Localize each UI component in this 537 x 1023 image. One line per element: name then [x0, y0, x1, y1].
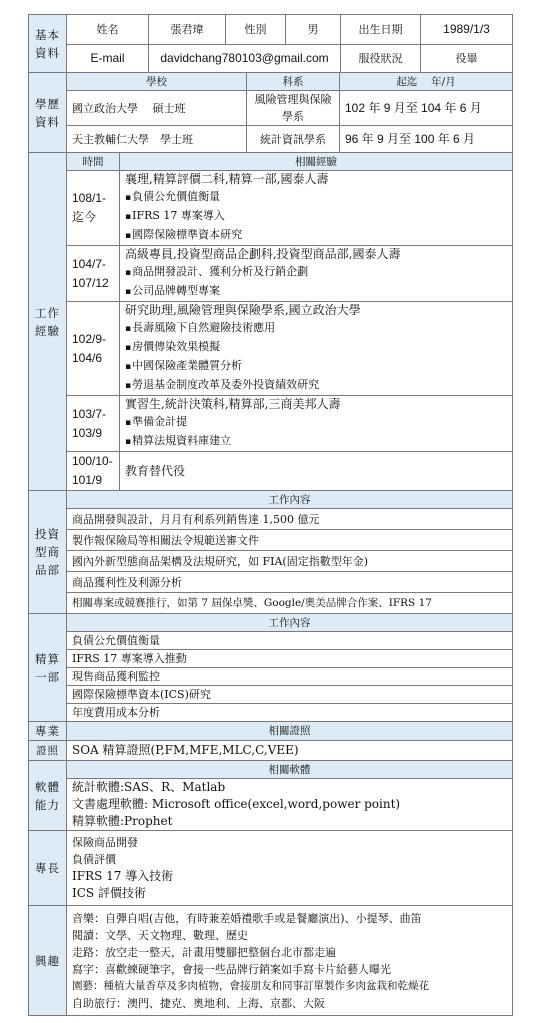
invest-item: 國內外新型態商品架構及法規研究，如 FIA(固定指數型年金)	[67, 551, 513, 572]
birth-label: 出生日期	[341, 15, 421, 45]
work-header-time: 時間	[67, 153, 120, 171]
work-label: 工作經驗	[29, 153, 67, 491]
invest-item: 製作報保險局等相關法令規範送審文件	[67, 530, 513, 551]
military-label: 服役狀況	[341, 45, 421, 73]
work-item: 勞退基金制度改革及委外投資績效研究	[125, 376, 507, 395]
gender-value: 男	[286, 15, 341, 45]
name-value: 張君瑋	[149, 15, 226, 45]
interest-item: 自助旅行：澳門、捷克、奧地利、上海、京都、大阪	[72, 995, 507, 1012]
specialty-item: IFRS 17 導入技術	[72, 868, 507, 885]
work-detail: 襄理,精算評價二科,精算一部,國泰人壽 負債公允價值衡量 IFRS 17 專案導…	[120, 171, 513, 246]
software-item: 統計軟體:SAS、R、Matlab	[72, 779, 507, 796]
military-value: 役畢	[421, 45, 513, 73]
edu-period: 96 年 9 月至 100 年 6 月	[340, 126, 513, 153]
work-title: 研究助理,風險管理與保險學系,國立政治大學	[125, 302, 507, 319]
edu-dept: 風險管理與保險學系	[247, 91, 340, 126]
work-header-exp: 相關經驗	[120, 153, 513, 171]
work-time: 102/9-104/6	[67, 302, 120, 396]
specialty-label: 專長	[29, 831, 67, 906]
cert-label: 證照	[29, 741, 67, 761]
work-detail: 實習生,統計決策科,精算部,三商美邦人壽 準備金計提 精算法規資料庫建立	[120, 396, 513, 452]
software-item: 精算軟體:Prophet	[72, 813, 507, 830]
work-item: 房價傳染效果模擬	[125, 338, 507, 357]
work-title: 襄理,精算評價二科,精算一部,國泰人壽	[125, 171, 507, 188]
edu-school: 天主教輔仁大學 學士班	[67, 126, 247, 153]
email-label: E-mail	[67, 45, 149, 73]
interest-item: 音樂：自彈自唱(吉他，有時兼差婚禮歌手或是餐廳演出)、小提琴、曲笛	[72, 910, 507, 927]
edu-header-school: 學校	[67, 73, 247, 91]
work-item: 負債公允價值衡量	[125, 188, 507, 207]
basic-info-label: 基本資料	[29, 15, 67, 73]
invest-item: 相關專案或競賽推行，如第 7 屆保卓獎、Google/奧美品牌合作案、IFRS …	[67, 593, 513, 614]
interests-label: 興趣	[29, 906, 67, 1016]
edu-period: 102 年 9 月至 104 年 6 月	[340, 91, 513, 126]
gender-label: 性別	[226, 15, 286, 45]
actuarial-item: 國際保險標準資本(ICS)研究	[67, 686, 513, 704]
work-item: 中國保險產業體質分析	[125, 357, 507, 376]
specialty-item: ICS 評價技術	[72, 885, 507, 902]
edu-school: 國立政治大學 碩士班	[67, 91, 247, 126]
edu-header-dept: 科系	[247, 73, 340, 91]
work-time: 104/7-107/12	[67, 246, 120, 302]
specialty-list: 保險商品開發 負債評價 IFRS 17 導入技術 ICS 評價技術	[67, 831, 513, 906]
interests-list: 音樂：自彈自唱(吉他，有時兼差婚禮歌手或是餐廳演出)、小提琴、曲笛 閱讀：文學、…	[67, 906, 513, 1016]
resume-table-top: 基本資料 姓名 張君瑋 性別 男 出生日期 1989/1/3 E-mail da…	[28, 14, 512, 740]
actuarial-item: 年度費用成本分析	[67, 704, 513, 722]
work-item: IFRS 17 專案導入	[125, 207, 507, 226]
actuarial-dept-label: 精算一部	[29, 614, 67, 722]
work-item: 商品開發設計、獲利分析及行銷企劃	[125, 263, 507, 282]
edu-dept: 統計資訊學系	[247, 126, 340, 153]
work-time: 108/1-迄今	[67, 171, 120, 246]
invest-item: 商品開發與設計，月月有利系列銷售達 1,500 億元	[67, 509, 513, 530]
work-title: 實習生,統計決策科,精算部,三商美邦人壽	[125, 396, 507, 413]
invest-dept-label: 投資型商品部	[29, 491, 67, 614]
cert-value: SOA 精算證照(P,FM,MFE,MLC,C,VEE)	[67, 741, 513, 761]
work-item: 精算法規資料庫建立	[125, 432, 507, 451]
resume-table-bottom: 證照 SOA 精算證照(P,FM,MFE,MLC,C,VEE) 軟體能力 相關軟…	[28, 740, 512, 1016]
interest-item: 園藝：種植大量香草及多肉植物，會接朋友和同事訂單製作多肉盆栽和乾燥花	[72, 978, 507, 995]
actuarial-item: IFRS 17 專案導入推動	[67, 650, 513, 668]
birth-value: 1989/1/3	[421, 15, 513, 45]
work-detail: 高級專員,投資型商品企劃科,投資型商品部,國泰人壽 商品開發設計、獲利分析及行銷…	[120, 246, 513, 302]
actuarial-item: 負債公允價值衡量	[67, 632, 513, 650]
name-label: 姓名	[67, 15, 149, 45]
interest-item: 走路：放空走一整天，計畫用雙腳把整個台北市都走遍	[72, 944, 507, 961]
interest-item: 閱讀：文學、天文物理、數理、歷史	[72, 927, 507, 944]
education-label: 學歷資料	[29, 73, 67, 153]
edu-header-period: 起迄 年/月	[340, 73, 513, 91]
actuarial-dept-header: 工作內容	[67, 614, 513, 632]
work-detail: 研究助理,風險管理與保險學系,國立政治大學 長壽風險下自然避險技術應用 房價傳染…	[120, 302, 513, 396]
invest-dept-header: 工作內容	[67, 491, 513, 509]
work-item: 長壽風險下自然避險技術應用	[125, 319, 507, 338]
work-time: 103/7-103/9	[67, 396, 120, 452]
work-item: 準備金計提	[125, 413, 507, 432]
work-title: 教育替代役	[120, 452, 513, 491]
professional-label-top: 專業	[29, 722, 67, 741]
specialty-item: 保險商品開發	[72, 834, 507, 851]
actuarial-item: 現售商品獲利監控	[67, 668, 513, 686]
email-value[interactable]: davidchang780103@gmail.com	[149, 45, 341, 73]
work-item: 公司品牌轉型專案	[125, 282, 507, 301]
work-title: 高級專員,投資型商品企劃科,投資型商品部,國泰人壽	[125, 246, 507, 263]
interest-item: 寫字：喜歡練硬筆字，會接一些品牌行銷案如手寫卡片給藝人曝光	[72, 961, 507, 978]
specialty-item: 負債評價	[72, 851, 507, 868]
software-header: 相關軟體	[67, 761, 513, 779]
work-item: 國際保險標準資本研究	[125, 226, 507, 245]
software-list: 統計軟體:SAS、R、Matlab 文書處理軟體: Microsoft offi…	[67, 779, 513, 831]
software-item: 文書處理軟體: Microsoft office(excel,word,powe…	[72, 796, 507, 813]
professional-header: 相關證照	[67, 722, 513, 741]
software-label: 軟體能力	[29, 761, 67, 831]
work-time: 100/10-101/9	[67, 452, 120, 491]
invest-item: 商品獲利性及利源分析	[67, 572, 513, 593]
